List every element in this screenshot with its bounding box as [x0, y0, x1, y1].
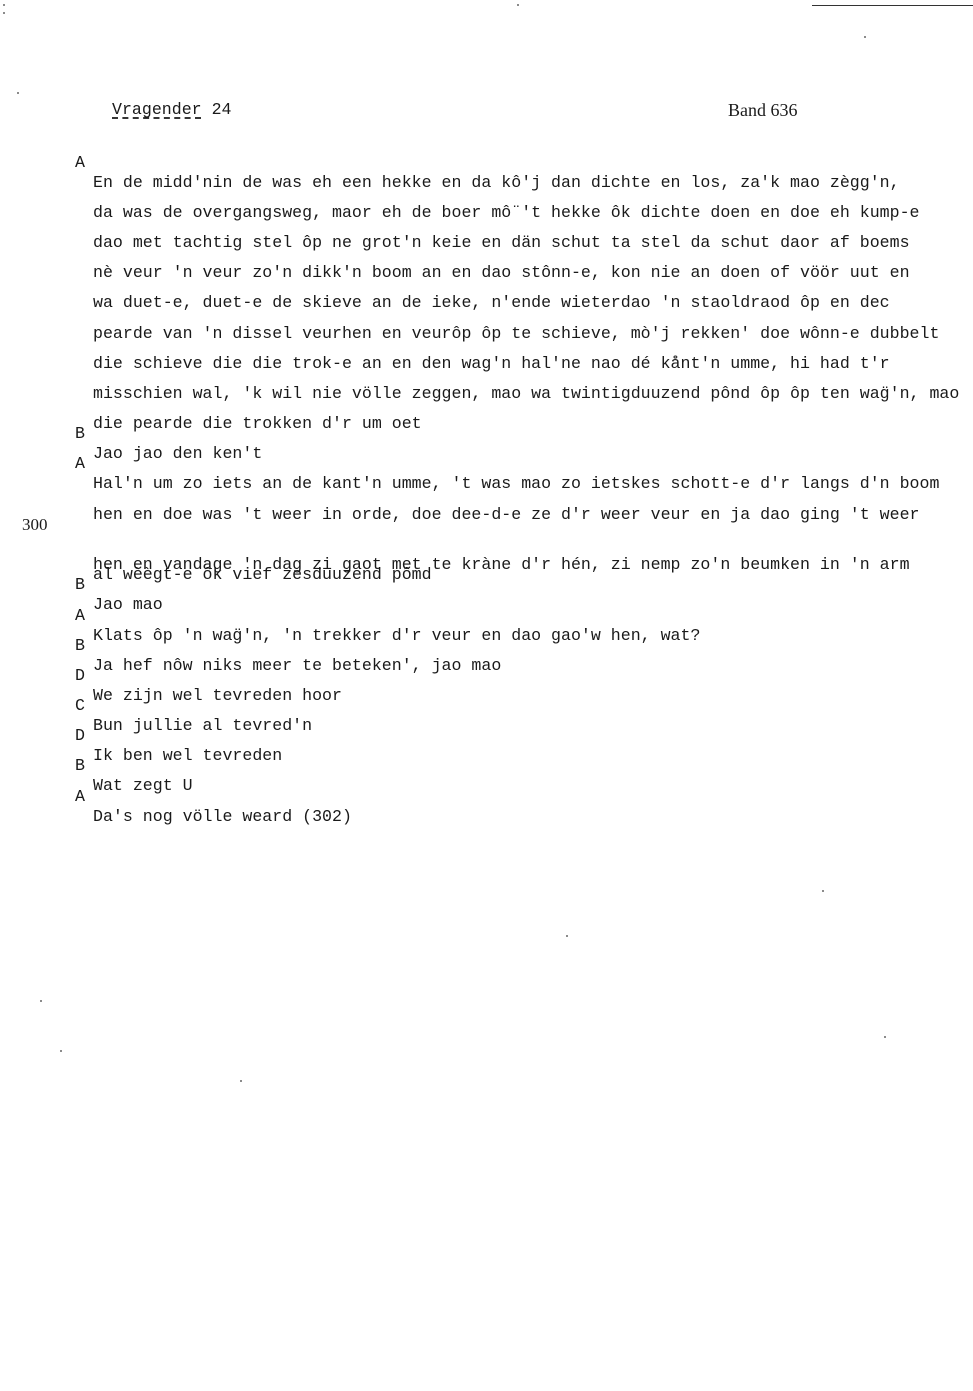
- speaker-label: A: [75, 153, 89, 173]
- line-text: dao met tachtig stel ôp ne grot'n keie e…: [93, 233, 910, 253]
- scan-speck: [566, 935, 568, 937]
- speaker-label: C: [75, 696, 89, 716]
- transcript-line: 300 hen en vandage 'n dag zi gaot met te…: [0, 495, 40, 525]
- transcript-line: B Wat zegt U: [0, 736, 40, 766]
- line-text: wa duet-e, duet-e de skieve an de ieke, …: [93, 293, 890, 313]
- scan-speck: [240, 1080, 242, 1082]
- transcript-line: A Hal'n um zo iets an de kant'n umme, 't…: [0, 434, 40, 464]
- speaker-label: B: [75, 424, 89, 444]
- line-text: pearde van 'n dissel veurhen en veurôp ô…: [93, 324, 939, 344]
- line-text: da was de overgangsweg, maor eh de boer …: [93, 203, 920, 223]
- line-text: Wat zegt U: [93, 776, 193, 796]
- line-text: We zijn wel tevreden hoor: [93, 686, 342, 706]
- transcript-line: D We zijn wel tevreden hoor: [0, 646, 40, 676]
- line-text: al wèègt-e ôk vief zesduuzend pômd: [93, 565, 432, 585]
- header-title: Vragender: [112, 100, 202, 119]
- scan-speck: [517, 4, 519, 6]
- line-text: En de midd'nin de was eh een hekke en da…: [93, 173, 900, 193]
- speaker-label: D: [75, 666, 89, 686]
- transcript-line: misschien wal, 'k wil nie völle zeggen, …: [0, 344, 40, 374]
- line-text: nè veur 'n veur zo'n dikk'n boom an en d…: [93, 263, 910, 283]
- line-text: Da's nog völle weard (302): [93, 807, 352, 827]
- line-text: Hal'n um zo iets an de kant'n umme, 't w…: [93, 474, 939, 494]
- line-text: Bun jullie al tevred'n: [93, 716, 312, 736]
- speaker-label: A: [75, 787, 89, 807]
- transcript-line: A Klats ôp 'n wag̈'n, 'n trekker d'r veu…: [0, 586, 40, 616]
- transcript-page: Vragender 24 Band 636 A En de midd'nin d…: [0, 0, 973, 1391]
- transcript-line: C Bun jullie al tevred'n: [0, 676, 40, 706]
- line-text: Ik ben wel tevreden: [93, 746, 282, 766]
- line-text: misschien wal, 'k wil nie völle zeggen, …: [93, 384, 959, 404]
- speaker-label: B: [75, 575, 89, 595]
- transcript-line: die schieve die die trok-e an en den wag…: [0, 314, 40, 344]
- transcript-line: A Da's nog völle weard (302): [0, 767, 40, 797]
- scan-speck: [17, 92, 19, 94]
- speaker-label: B: [75, 636, 89, 656]
- transcript-line: die pearde die trokken d'r um oet: [0, 374, 40, 404]
- scan-speck: [822, 890, 824, 892]
- transcript-line: nè veur 'n veur zo'n dikk'n boom an en d…: [0, 223, 40, 253]
- scan-speck: [3, 4, 5, 6]
- header-band: Band 636: [728, 100, 798, 121]
- transcript-line: D Ik ben wel tevreden: [0, 706, 40, 736]
- speaker-label: A: [75, 454, 89, 474]
- line-text: Ja hef nôw niks meer te beteken', jao ma…: [93, 656, 501, 676]
- speaker-label: B: [75, 756, 89, 776]
- scan-speck: [3, 12, 5, 14]
- transcript-line: B Jao mao: [0, 555, 40, 585]
- line-text: die pearde die trokken d'r um oet: [93, 414, 422, 434]
- transcript-line: A En de midd'nin de was eh een hekke en …: [0, 133, 40, 163]
- speaker-label: D: [75, 726, 89, 746]
- transcript-line: al wèègt-e ôk vief zesduuzend pômd: [0, 525, 40, 555]
- line-text: die schieve die die trok-e an en den wag…: [93, 354, 890, 374]
- transcript-line: B Jao jao den ken't: [0, 404, 40, 434]
- scan-speck: [40, 1000, 42, 1002]
- scan-speck: [60, 1050, 62, 1052]
- scan-speck: [864, 36, 866, 38]
- top-edge-rule: [812, 5, 973, 6]
- line-text: hen en doe was 't weer in orde, doe dee-…: [93, 505, 920, 525]
- line-text: Klats ôp 'n wag̈'n, 'n trekker d'r veur …: [93, 626, 700, 646]
- transcript-line: pearde van 'n dissel veurhen en veurôp ô…: [0, 284, 40, 314]
- scan-speck: [884, 1036, 886, 1038]
- speaker-label: A: [75, 606, 89, 626]
- header-number: 24: [212, 100, 232, 119]
- header-speaker-label: Vragender 24: [112, 100, 232, 119]
- line-text: Jao jao den ken't: [93, 444, 262, 464]
- transcript-line: B Ja hef nôw niks meer te beteken', jao …: [0, 616, 40, 646]
- transcript-line: da was de overgangsweg, maor eh de boer …: [0, 163, 40, 193]
- transcript-line: hen en doe was 't weer in orde, doe dee-…: [0, 465, 40, 495]
- transcript-line: dao met tachtig stel ôp ne grot'n keie e…: [0, 193, 40, 223]
- line-text: Jao mao: [93, 595, 163, 615]
- transcript-line: wa duet-e, duet-e de skieve an de ieke, …: [0, 253, 40, 283]
